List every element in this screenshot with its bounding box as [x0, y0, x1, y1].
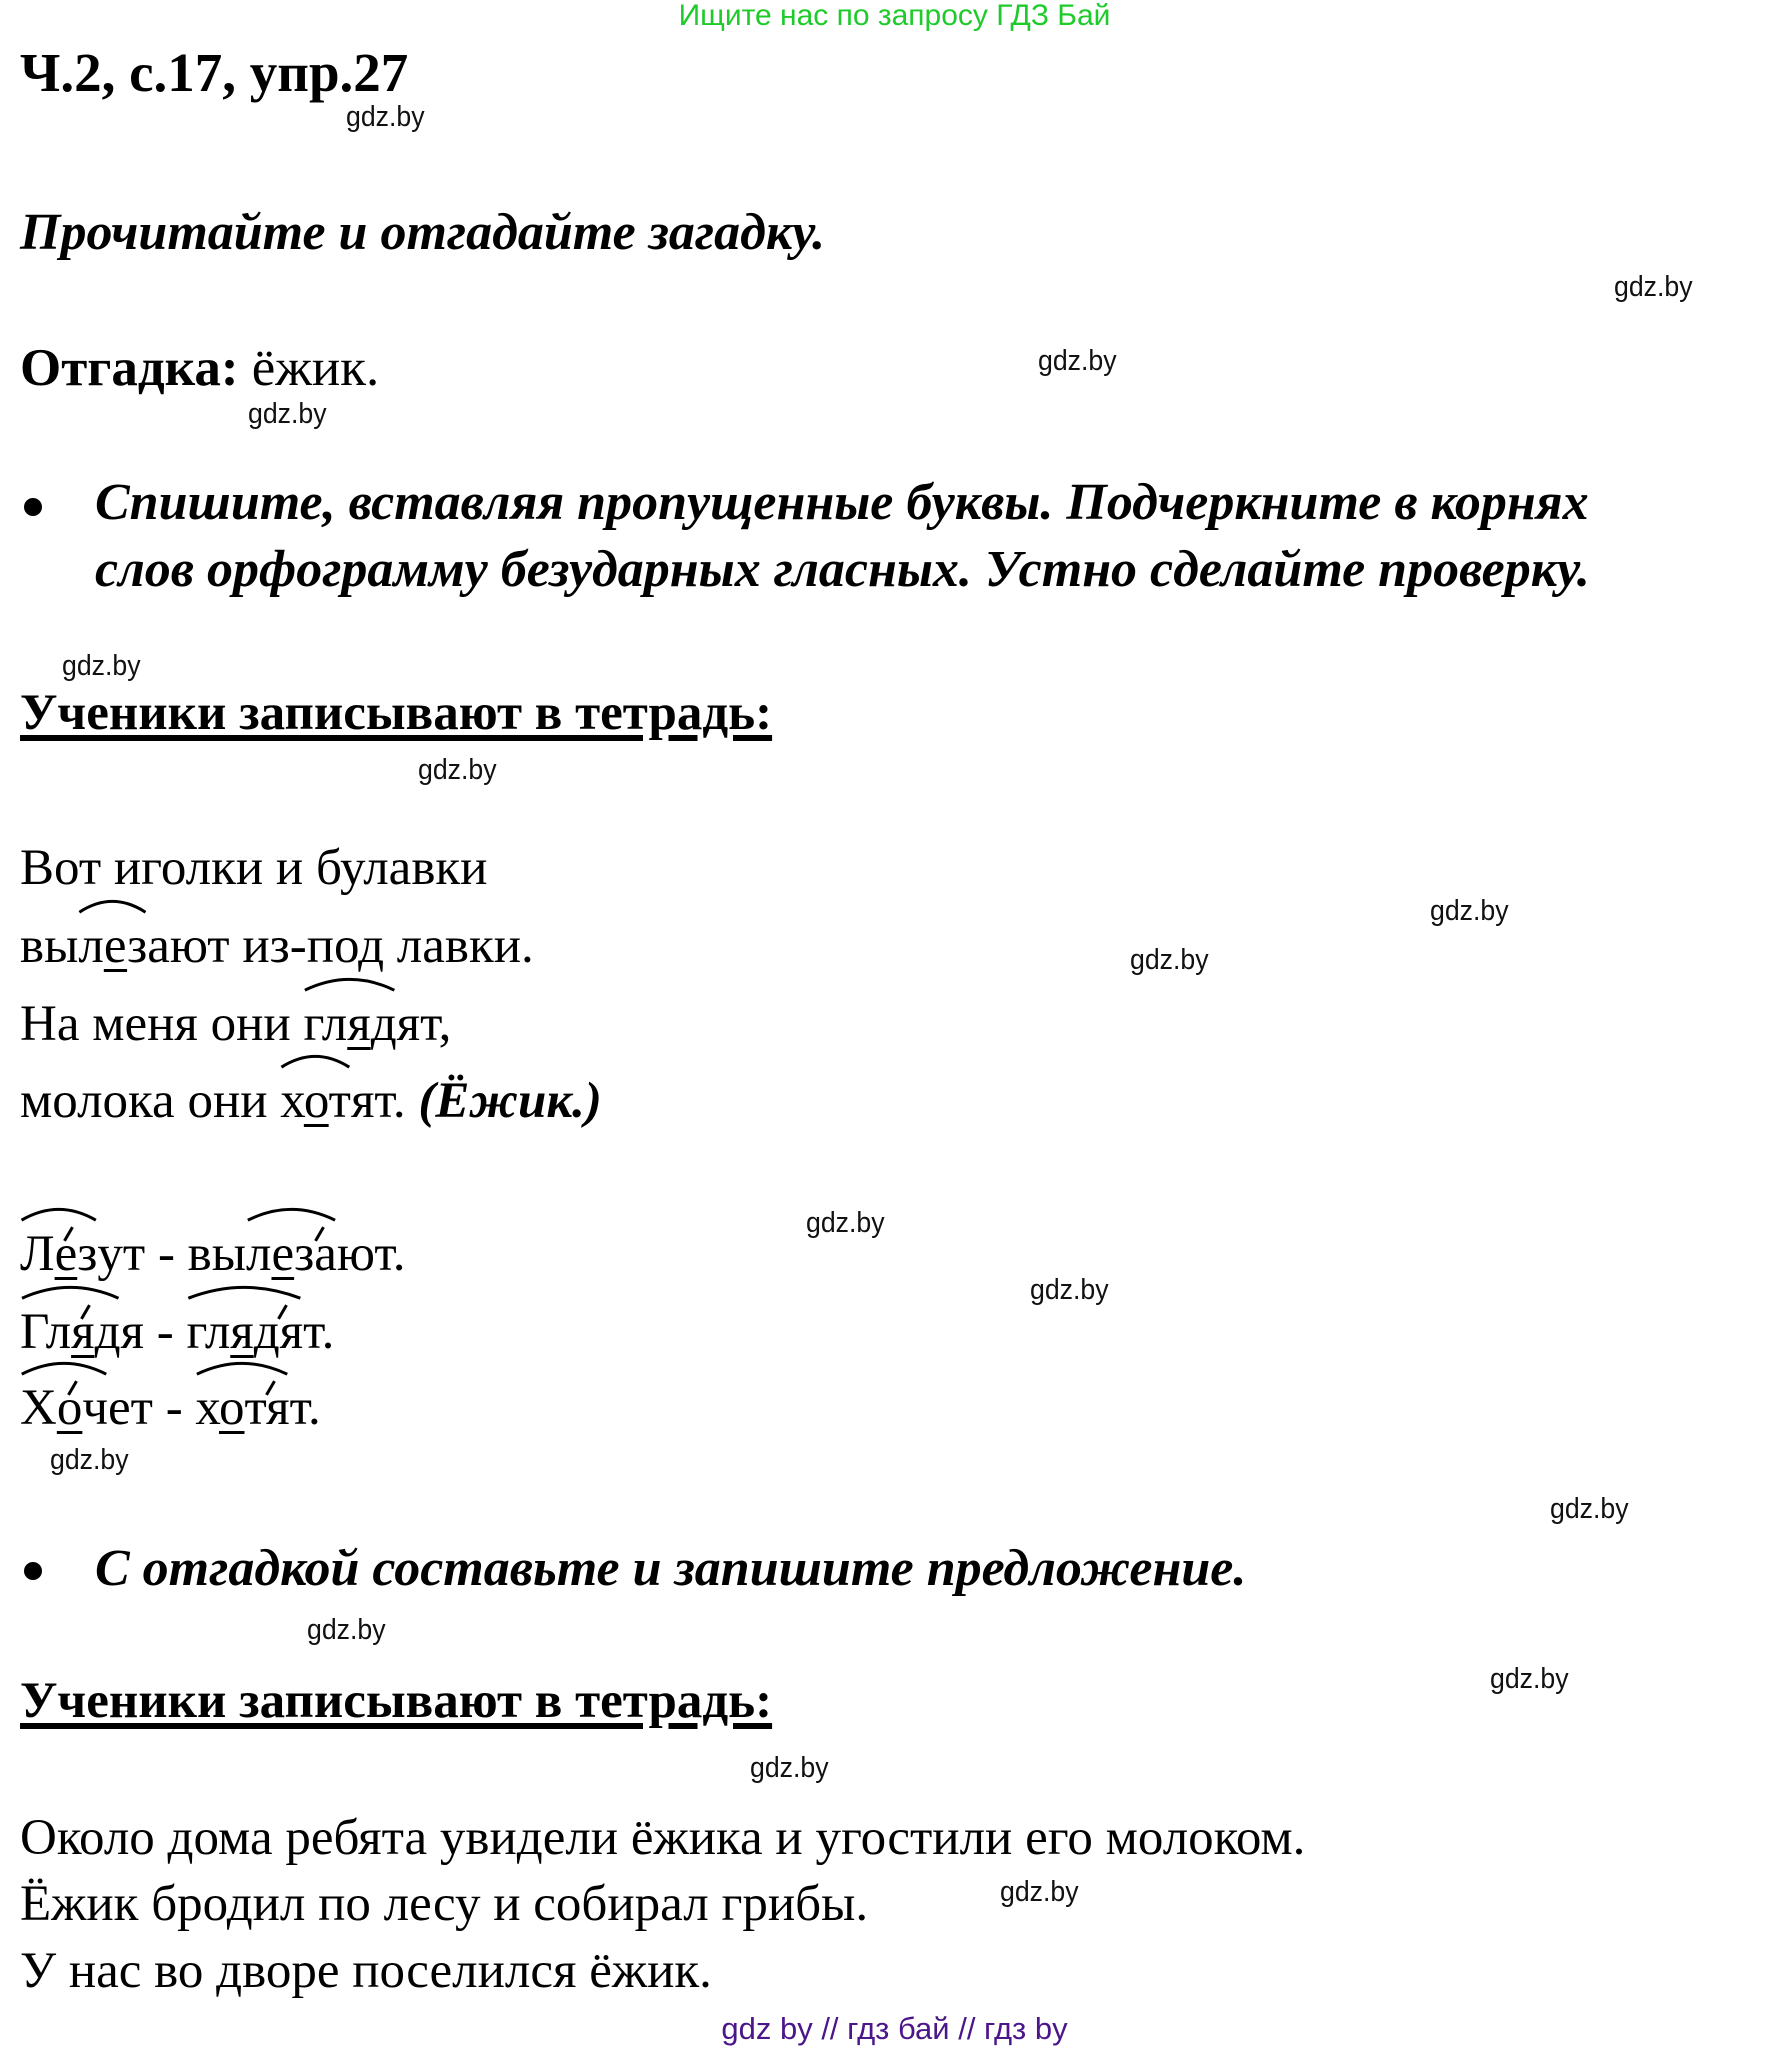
text-fragment: л [246, 1226, 271, 1282]
sentence-2: Ёжик бродил по лесу и собирал грибы. [20, 1874, 868, 1934]
watermark: gdz.by [1430, 894, 1509, 928]
riddle-answer: (Ёжик.) [418, 1073, 602, 1129]
watermark: gdz.by [750, 1751, 829, 1785]
watermark: gdz.by [248, 397, 327, 431]
root-arc: лез [78, 916, 147, 976]
text-fragment: гл [186, 1304, 230, 1360]
arc-icon [303, 974, 396, 992]
task-instruction: Прочитайте и отгадайте загадку. [20, 200, 825, 266]
text-fragment: гл [303, 996, 347, 1052]
underlined-vowel: о [219, 1380, 245, 1436]
poem-line-4: молока они хотят. (Ёжик.) [20, 1071, 602, 1131]
text-fragment: з [127, 918, 147, 974]
stressed-vowel: е [55, 1224, 78, 1284]
text-fragment: ет [108, 1380, 153, 1436]
watermark: gdz.by [307, 1613, 386, 1647]
text-fragment: д [371, 996, 397, 1052]
underlined-vowel: е [271, 1226, 294, 1282]
text-fragment: ят, [397, 996, 452, 1052]
sentence-1: Около дома ребята увидели ёжика и угости… [20, 1808, 1305, 1868]
arc-icon [20, 1282, 121, 1300]
underlined-vowel: о [304, 1073, 329, 1129]
text-fragment: х [195, 1380, 219, 1436]
answer-value: ёжик. [252, 339, 380, 397]
text-fragment: т. [290, 1380, 321, 1436]
root-arc: хот [280, 1071, 351, 1131]
stressed-vowel: я [71, 1302, 94, 1362]
bullet-instruction-line-1: Спишите, вставляя пропущенные буквы. Под… [95, 470, 1589, 536]
watermark: gdz.by [346, 100, 425, 134]
text-fragment: ают из-под лавки. [147, 918, 534, 974]
text-fragment: я [121, 1304, 144, 1360]
watermark: gdz.by [806, 1206, 885, 1240]
poem-line-3: На меня они глядят, [20, 994, 451, 1054]
root-arc: гляд [303, 994, 396, 1054]
answer-label: Отгадка: [20, 339, 239, 397]
watermark: gdz.by [1038, 344, 1117, 378]
underlined-vowel: е [104, 918, 127, 974]
stress-mark: тя [244, 1378, 289, 1438]
arc-icon [246, 1204, 337, 1222]
text-fragment: т. [303, 1304, 334, 1360]
bullet-icon [24, 1562, 42, 1580]
word-pair: Лезут - вылезают. [20, 1224, 406, 1284]
promo-banner[interactable]: Ищите нас по запросу ГДЗ Бай [0, 0, 1789, 34]
watermark: gdz.by [1550, 1492, 1629, 1526]
watermark: gdz.by [1490, 1662, 1569, 1696]
watermark: gdz.by [62, 649, 141, 683]
underlined-vowel: я [230, 1304, 253, 1360]
section-heading: Ученики записывают в тетрадь: [20, 1670, 772, 1732]
text-fragment: вы [188, 1226, 246, 1282]
text-fragment: ут [97, 1226, 145, 1282]
text-fragment: д [95, 1304, 121, 1360]
bullet-instruction-line-2: слов орфограмму безударных гласных. Устн… [95, 537, 1590, 603]
text-fragment: ют. [337, 1226, 406, 1282]
bullet-icon [24, 498, 42, 516]
root-arc: Гляд [20, 1302, 121, 1362]
watermark: gdz.by [1000, 1875, 1079, 1909]
bullet-instruction: С отгадкой составьте и запишите предложе… [95, 1536, 1246, 1602]
word-pair: Хочет - хотят. [20, 1378, 321, 1438]
root-arc: леза [246, 1224, 337, 1284]
root-arc: Лез [20, 1224, 97, 1284]
sentence-3: У нас во дворе поселился ёжик. [20, 1941, 712, 2001]
text-fragment: т [329, 1073, 351, 1129]
text-fragment: На меня они [20, 996, 303, 1052]
watermark: gdz.by [1614, 270, 1693, 304]
text-fragment: ят. [351, 1073, 418, 1129]
root-arc: Хоч [20, 1378, 108, 1438]
watermark: gdz.by [418, 753, 497, 787]
page-title: Ч.2, с.17, упр.27 [20, 40, 408, 106]
footer-links[interactable]: gdz by // гдз бай // гдз by [0, 2010, 1789, 2048]
watermark: gdz.by [1030, 1273, 1109, 1307]
section-heading: Ученики записывают в тетрадь: [20, 682, 772, 744]
text-fragment: х [280, 1073, 304, 1129]
text-fragment: - [153, 1380, 195, 1436]
text-fragment: Х [20, 1380, 57, 1436]
poem-line-2: вылезают из-под лавки. [20, 916, 534, 976]
watermark: gdz.by [1130, 943, 1209, 977]
arc-icon [186, 1282, 303, 1300]
text-fragment: вы [20, 918, 78, 974]
underlined-vowel: я [347, 996, 370, 1052]
text-fragment: ч [82, 1380, 108, 1436]
stress-mark: дя [254, 1302, 303, 1362]
arc-icon [20, 1204, 97, 1222]
text-fragment: - [144, 1304, 186, 1360]
text-fragment: - [145, 1226, 187, 1282]
root-arc: глядя [186, 1302, 303, 1362]
text-fragment: молока они [20, 1073, 280, 1129]
text-fragment: Гл [20, 1304, 71, 1360]
root-arc: хотя [195, 1378, 289, 1438]
answer-line: Отгадка: ёжик. [20, 335, 379, 401]
arc-icon [78, 896, 147, 914]
stressed-vowel: о [57, 1378, 83, 1438]
stress-mark: за [294, 1224, 337, 1284]
poem-line-1: Вот иголки и булавки [20, 838, 487, 898]
text-fragment: з [77, 1226, 97, 1282]
text-fragment: л [78, 918, 103, 974]
watermark: gdz.by [50, 1443, 129, 1477]
text-fragment: Л [20, 1226, 55, 1282]
word-pair: Глядя - глядят. [20, 1302, 334, 1362]
